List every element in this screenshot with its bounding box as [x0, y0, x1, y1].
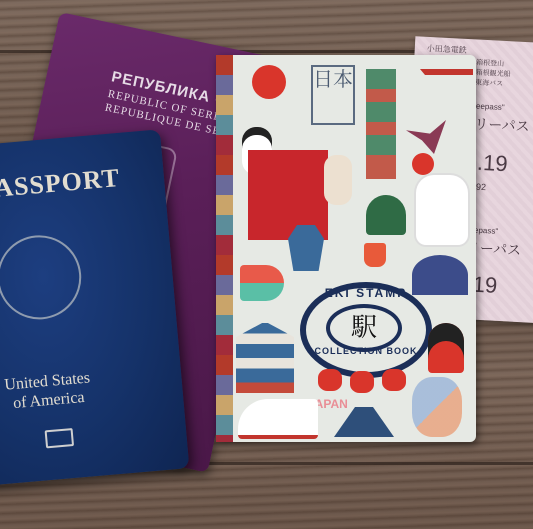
- koi-fish-icon: [412, 377, 462, 437]
- lucky-cat-icon: [416, 175, 468, 245]
- rising-sun-katana-icon: [412, 153, 434, 175]
- shinkansen-train-icon: [238, 399, 318, 439]
- japan-map-icon: [248, 150, 328, 240]
- bonsai-tree-icon: [366, 195, 406, 235]
- eki-stamp-collection-book: 日本 EKI STAMP 駅 COLLECTION BOOK JAPAN: [216, 55, 476, 442]
- festival-lantern-icon: [350, 371, 374, 393]
- mount-fuji-icon: [334, 407, 394, 437]
- pagoda-icon: [366, 69, 396, 179]
- us-passport-country: United States of America: [4, 368, 93, 413]
- eki-stamp-logo: EKI STAMP 駅 COLLECTION BOOK: [300, 282, 432, 378]
- koinobori-carp-streamer-icon: [240, 265, 284, 301]
- stamp-kanji: 駅: [326, 304, 402, 352]
- torii-gate-icon: [420, 69, 473, 115]
- kokeshi-doll-icon: [428, 323, 464, 373]
- temple-pagoda-icon: [236, 323, 294, 393]
- sumo-wrestler-icon: [252, 65, 286, 99]
- nihon-kanji-title: 日本: [311, 65, 355, 125]
- paper-lantern-icon: [324, 155, 352, 205]
- festival-lantern-icon: [382, 369, 406, 391]
- book-spine-pattern: [216, 55, 233, 442]
- us-passport: PASSPORT United States of America: [0, 129, 189, 486]
- kimono-icon: [288, 225, 324, 271]
- cup-noodle-icon: [364, 243, 386, 267]
- stamp-top-text: EKI STAMP: [312, 286, 420, 300]
- festival-lantern-icon: [318, 369, 342, 391]
- biometric-chip-icon: [45, 428, 74, 448]
- folding-fan-icon: [412, 255, 468, 295]
- us-passport-title: PASSPORT: [0, 163, 121, 205]
- ticket-company: 東海バス: [475, 77, 503, 88]
- paper-crane-icon: [406, 120, 446, 154]
- stamp-bottom-text: COLLECTION BOOK: [312, 346, 420, 356]
- ticket-header: 小田急電鉄: [427, 43, 468, 56]
- eagle-seal-icon: [0, 232, 85, 323]
